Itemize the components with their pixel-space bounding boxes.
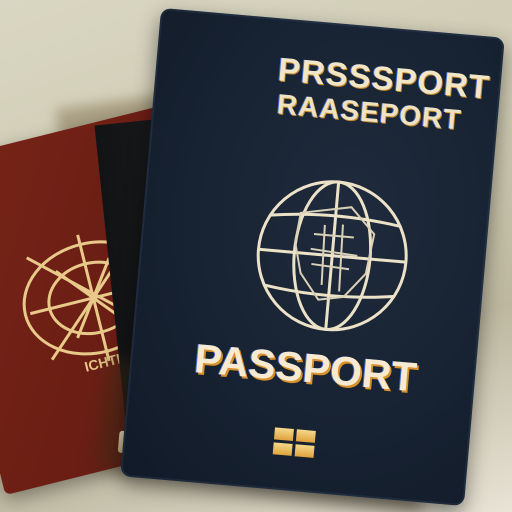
passport-bottom-title: PASSPORT xyxy=(193,335,419,401)
blue-passport: PRSSSPORT RAASEPORT PASSPORT xyxy=(120,8,505,506)
biometric-chip-icon xyxy=(273,427,317,459)
globe-emblem-icon xyxy=(246,169,419,342)
